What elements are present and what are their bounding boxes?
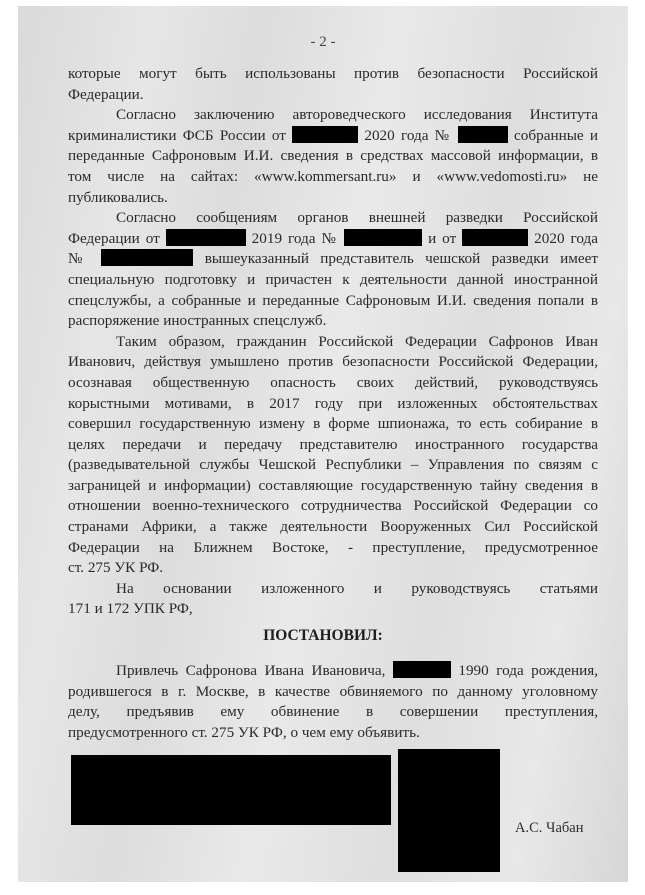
redaction-block	[292, 126, 358, 143]
text-line: делу, предъявив ему обвинение в совершен…	[68, 702, 598, 723]
text-fragment: и от	[422, 230, 462, 247]
text-line: (разведывательной службы Чешской Республ…	[68, 455, 598, 476]
text-line-with-redactions: криминалистики ФСБ России от 2020 года №…	[68, 126, 598, 147]
text-line: переданные Сафроновым И.И. сведения в ср…	[68, 146, 598, 167]
text-line: На основании изложенного и руководствуяс…	[68, 579, 598, 600]
text-line: странами Африки, а также деятельности Во…	[68, 517, 598, 538]
redaction-block	[458, 126, 508, 143]
redaction-block	[393, 661, 451, 678]
text-fragment: 2019 года №	[246, 230, 344, 247]
text-line: Согласно заключению автороведческого исс…	[68, 105, 598, 126]
page-number: - 2 -	[18, 32, 628, 53]
signatory-name: А.С. Чабан	[515, 818, 583, 839]
paragraph-forensic-conclusion: Согласно заключению автороведческого исс…	[68, 105, 598, 208]
paragraph-security-threat: которые могут быть использованы против б…	[68, 64, 598, 105]
redaction-block	[101, 249, 193, 266]
text-line: родившегося в г. Москве, в качестве обви…	[68, 682, 598, 703]
text-line: ст. 275 УК РФ.	[68, 558, 598, 579]
text-line-with-redactions: Федерации от 2019 года № и от 2020 года	[68, 229, 598, 250]
text-fragment: 2020 года	[528, 230, 598, 247]
redaction-block	[166, 229, 246, 246]
text-line: распоряжение иностранных спецслужб.	[68, 311, 598, 332]
text-line: спецслужбы, а собранные и переданные Саф…	[68, 291, 598, 312]
text-fragment: Федерации от	[68, 230, 166, 247]
text-line: осознавая общественную опасность своих д…	[68, 373, 598, 394]
text-fragment: 1990 года рождения,	[451, 662, 598, 679]
text-line: 171 и 172 УПК РФ,	[68, 599, 598, 620]
document-page: - 2 - которые могут быть использованы пр…	[18, 6, 628, 882]
paragraph-charges-description: Таким образом, гражданин Российской Феде…	[68, 332, 598, 579]
redaction-block	[462, 229, 528, 246]
signature-redaction	[398, 749, 500, 872]
document-body: которые могут быть использованы против б…	[68, 64, 598, 620]
paragraph-intelligence-reports: Согласно сообщениям органов внешней разв…	[68, 208, 598, 332]
text-line: Таким образом, гражданин Российской Феде…	[68, 332, 598, 353]
text-fragment: №	[68, 250, 101, 267]
resolution-heading: ПОСТАНОВИЛ:	[18, 626, 628, 647]
text-line: корыстными мотивами, в 2017 году при изл…	[68, 394, 598, 415]
text-fragment: 2020 года №	[358, 127, 458, 144]
text-line: Иванович, действуя умышлено против безоп…	[68, 352, 598, 373]
text-line: заграницей и информации) составляющие го…	[68, 476, 598, 497]
signatory-title-redaction	[71, 755, 391, 825]
text-line: совершил государственную измену в форме …	[68, 414, 598, 435]
text-line: целях передачи и передачу представителю …	[68, 435, 598, 456]
text-line: которые могут быть использованы против б…	[68, 64, 598, 85]
text-fragment: криминалистики ФСБ России от	[68, 127, 292, 144]
text-fragment: собранные и	[508, 127, 598, 144]
text-fragment: вышеуказанный представитель чешской разв…	[193, 250, 598, 267]
text-line: специальную подготовку и причастен к дея…	[68, 270, 598, 291]
text-line: предусмотренного ст. 275 УК РФ, о чем ем…	[68, 723, 598, 744]
text-line: том числе на сайтах: «www.kommersant.ru»…	[68, 167, 598, 188]
text-line-with-redactions: № вышеуказанный представитель чешской ра…	[68, 249, 598, 270]
text-line: публиковались.	[68, 188, 598, 209]
paragraph-legal-basis: На основании изложенного и руководствуяс…	[68, 579, 598, 620]
text-line: Федерации.	[68, 85, 598, 106]
text-line: Федерации на Ближнем Востоке, - преступл…	[68, 538, 598, 559]
resolution-paragraph: Привлечь Сафронова Ивана Ивановича, 1990…	[68, 661, 598, 743]
text-fragment: Привлечь Сафронова Ивана Ивановича,	[116, 662, 393, 679]
text-line: Согласно сообщениям органов внешней разв…	[68, 208, 598, 229]
text-line: отношении военно-технического сотрудниче…	[68, 496, 598, 517]
redaction-block	[344, 229, 422, 246]
text-line-with-redactions: Привлечь Сафронова Ивана Ивановича, 1990…	[68, 661, 598, 682]
